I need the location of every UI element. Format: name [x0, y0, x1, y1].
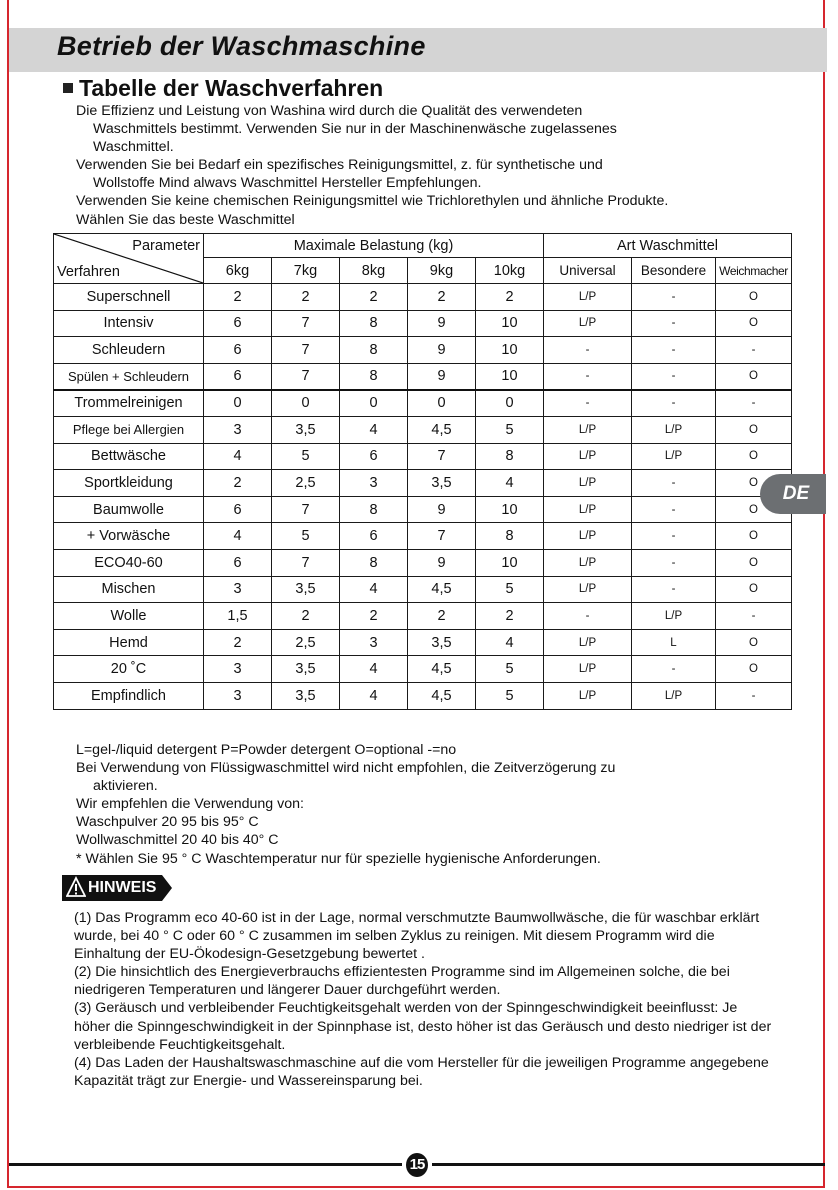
hinweis-item: (4) Das Laden der Haushaltswaschmaschine…	[74, 1054, 774, 1090]
table-row: 20 ˚C33,544,55L/P-O	[54, 656, 792, 683]
hinweis-item: (1) Das Programm eco 40-60 ist in der La…	[74, 909, 774, 963]
program-name: Intensiv	[54, 310, 204, 337]
load-value: 7	[272, 337, 340, 364]
load-value: 3,5	[408, 629, 476, 656]
load-value: 3	[340, 470, 408, 497]
load-value: 4	[476, 629, 544, 656]
program-name: 20 ˚C	[54, 656, 204, 683]
detergent-value: O	[716, 629, 792, 656]
load-value: 8	[340, 496, 408, 523]
load-value: 6	[204, 363, 272, 390]
detergent-column-header: Weichmacher	[716, 258, 792, 284]
load-value: 9	[408, 310, 476, 337]
intro-paragraph: Die Effizienz und Leistung von Washina w…	[76, 102, 776, 156]
detergent-value: -	[632, 363, 716, 390]
load-value: 5	[476, 682, 544, 709]
detergent-value: L/P	[544, 682, 632, 709]
note-paragraph: L=gel-/liquid detergent P=Powder deterge…	[76, 741, 776, 759]
detergent-value: -	[632, 337, 716, 364]
load-value: 8	[340, 310, 408, 337]
load-value: 8	[340, 337, 408, 364]
load-value: 9	[408, 496, 476, 523]
detergent-value: L/P	[632, 603, 716, 630]
table-row: Baumwolle678910L/P-O	[54, 496, 792, 523]
load-column-header: 8kg	[340, 258, 408, 284]
load-value: 7	[272, 363, 340, 390]
program-name: Bettwäsche	[54, 443, 204, 470]
load-value: 2	[408, 284, 476, 311]
table-row: Hemd22,533,54L/PLO	[54, 629, 792, 656]
intro-text: Die Effizienz und Leistung von Washina w…	[76, 102, 776, 229]
detergent-value: L/P	[544, 549, 632, 576]
detergent-value: L	[632, 629, 716, 656]
corner-parameter-label: Parameter	[132, 238, 200, 254]
table-row: ECO40-60678910L/P-O	[54, 549, 792, 576]
detergent-value: O	[716, 443, 792, 470]
load-value: 4,5	[408, 682, 476, 709]
detergent-value: -	[632, 310, 716, 337]
detergent-value: -	[632, 549, 716, 576]
program-name: Hemd	[54, 629, 204, 656]
detergent-value: L/P	[544, 470, 632, 497]
footer-rule-left	[9, 1163, 402, 1166]
page-title: Betrieb der Waschmaschine	[57, 31, 426, 62]
detergent-value: -	[716, 682, 792, 709]
hinweis-item: (2) Die hinsichtlich des Energieverbrauc…	[74, 963, 774, 999]
detergent-value: -	[716, 390, 792, 417]
detergent-value: O	[716, 310, 792, 337]
load-value: 5	[476, 656, 544, 683]
table-row: Empfindlich33,544,55L/PL/P-	[54, 682, 792, 709]
load-value: 3	[204, 682, 272, 709]
load-value: 2	[204, 470, 272, 497]
load-value: 7	[408, 523, 476, 550]
load-value: 9	[408, 337, 476, 364]
detergent-value: -	[632, 496, 716, 523]
load-value: 4	[204, 443, 272, 470]
load-value: 5	[476, 416, 544, 443]
load-value: 5	[272, 523, 340, 550]
detergent-value: L/P	[632, 682, 716, 709]
program-name: Baumwolle	[54, 496, 204, 523]
detergent-value: L/P	[544, 629, 632, 656]
load-value: 2	[272, 603, 340, 630]
program-name: Superschnell	[54, 284, 204, 311]
detergent-value: L/P	[544, 576, 632, 603]
load-value: 5	[476, 576, 544, 603]
detergent-notes: L=gel-/liquid detergent P=Powder deterge…	[76, 741, 776, 868]
detergent-value: L/P	[632, 416, 716, 443]
note-paragraph: * Wählen Sie 95 ° C Waschtemperatur nur …	[76, 850, 776, 868]
load-value: 6	[204, 496, 272, 523]
load-value: 5	[272, 443, 340, 470]
detergent-value: -	[632, 576, 716, 603]
detergent-value: -	[716, 337, 792, 364]
detergent-value: -	[632, 390, 716, 417]
table-row: Superschnell22222L/P-O	[54, 284, 792, 311]
load-value: 3,5	[272, 576, 340, 603]
detergent-value: O	[716, 284, 792, 311]
load-group-header: Maximale Belastung (kg)	[204, 234, 544, 258]
detergent-value: O	[716, 416, 792, 443]
corner-program-label: Verfahren	[57, 264, 120, 280]
load-value: 9	[408, 363, 476, 390]
table-row: Mischen33,544,55L/P-O	[54, 576, 792, 603]
load-value: 3	[204, 656, 272, 683]
load-column-header: 9kg	[408, 258, 476, 284]
load-value: 7	[408, 443, 476, 470]
table-row: Spülen + Schleudern678910--O	[54, 363, 792, 390]
load-value: 7	[272, 549, 340, 576]
load-value: 2	[272, 284, 340, 311]
load-value: 2	[340, 284, 408, 311]
load-value: 10	[476, 337, 544, 364]
load-column-header: 6kg	[204, 258, 272, 284]
load-value: 4	[340, 416, 408, 443]
load-value: 6	[340, 443, 408, 470]
program-name: Trommelreinigen	[54, 390, 204, 417]
detergent-value: O	[716, 656, 792, 683]
detergent-value: -	[632, 284, 716, 311]
intro-paragraph: Verwenden Sie keine chemischen Reinigung…	[76, 192, 776, 210]
detergent-value: O	[716, 523, 792, 550]
table-row: + Vorwäsche45678L/P-O	[54, 523, 792, 550]
load-value: 2,5	[272, 629, 340, 656]
warning-triangle-icon	[66, 875, 86, 899]
table-row: Schleudern678910---	[54, 337, 792, 364]
detergent-value: O	[716, 363, 792, 390]
detergent-value: L/P	[544, 496, 632, 523]
load-value: 4,5	[408, 656, 476, 683]
load-value: 9	[408, 549, 476, 576]
square-bullet-icon	[63, 83, 73, 93]
load-value: 0	[272, 390, 340, 417]
detergent-value: -	[632, 656, 716, 683]
note-paragraph: Bei Verwendung von Flüssigwaschmittel wi…	[76, 759, 776, 795]
detergent-value: O	[716, 549, 792, 576]
load-value: 1,5	[204, 603, 272, 630]
detergent-group-header: Art Waschmittel	[544, 234, 792, 258]
load-value: 6	[204, 337, 272, 364]
hinweis-text: (1) Das Programm eco 40-60 ist in der La…	[74, 909, 774, 1090]
load-value: 8	[476, 443, 544, 470]
load-value: 10	[476, 496, 544, 523]
load-value: 10	[476, 549, 544, 576]
load-value: 6	[204, 549, 272, 576]
note-paragraph: Waschpulver 20 95 bis 95° C	[76, 813, 776, 831]
program-name: Mischen	[54, 576, 204, 603]
load-value: 3,5	[272, 416, 340, 443]
table-row: Pflege bei Allergien33,544,55L/PL/PO	[54, 416, 792, 443]
program-table: Parameter Verfahren Maximale Belastung (…	[53, 233, 792, 710]
table-row: Bettwäsche45678L/PL/PO	[54, 443, 792, 470]
load-value: 7	[272, 310, 340, 337]
table-row: Wolle1,52222-L/P-	[54, 603, 792, 630]
note-paragraph: Wir empfehlen die Verwendung von:	[76, 795, 776, 813]
load-value: 2	[204, 284, 272, 311]
section-title: Tabelle der Waschverfahren	[63, 75, 383, 102]
load-value: 4	[340, 576, 408, 603]
load-value: 10	[476, 363, 544, 390]
load-value: 0	[408, 390, 476, 417]
detergent-value: L/P	[544, 416, 632, 443]
intro-paragraph: Verwenden Sie bei Bedarf ein spezifische…	[76, 156, 776, 192]
detergent-value: -	[716, 603, 792, 630]
detergent-column-header: Universal	[544, 258, 632, 284]
hinweis-badge: HINWEIS	[62, 875, 162, 901]
table-row: Sportkleidung22,533,54L/P-O	[54, 470, 792, 497]
detergent-value: -	[544, 337, 632, 364]
detergent-value: -	[544, 390, 632, 417]
load-value: 8	[340, 363, 408, 390]
hinweis-label: HINWEIS	[88, 879, 156, 896]
program-name: Spülen + Schleudern	[54, 363, 204, 390]
load-value: 8	[340, 549, 408, 576]
load-column-header: 7kg	[272, 258, 340, 284]
intro-paragraph: Wählen Sie das beste Waschmittel	[76, 211, 776, 229]
load-value: 4	[340, 656, 408, 683]
load-value: 2	[204, 629, 272, 656]
load-value: 0	[476, 390, 544, 417]
program-name: Wolle	[54, 603, 204, 630]
language-tab-de[interactable]: DE	[760, 474, 826, 514]
detergent-value: -	[632, 470, 716, 497]
load-value: 7	[272, 496, 340, 523]
detergent-value: L/P	[632, 443, 716, 470]
load-value: 8	[476, 523, 544, 550]
detergent-value: L/P	[544, 284, 632, 311]
program-name: Empfindlich	[54, 682, 204, 709]
detergent-value: L/P	[544, 310, 632, 337]
program-name: ECO40-60	[54, 549, 204, 576]
hinweis-item: (3) Geräusch und verbleibender Feuchtigk…	[74, 999, 774, 1053]
page-number: 15	[406, 1153, 428, 1177]
detergent-value: -	[544, 363, 632, 390]
load-value: 3,5	[408, 470, 476, 497]
detergent-column-header: Besondere	[632, 258, 716, 284]
note-paragraph: Wollwaschmittel 20 40 bis 40° C	[76, 831, 776, 849]
load-value: 2	[476, 284, 544, 311]
detergent-value: -	[544, 603, 632, 630]
load-value: 6	[340, 523, 408, 550]
detergent-value: -	[632, 523, 716, 550]
detergent-value: L/P	[544, 656, 632, 683]
load-column-header: 10kg	[476, 258, 544, 284]
load-value: 2,5	[272, 470, 340, 497]
load-value: 3	[204, 576, 272, 603]
load-value: 4,5	[408, 416, 476, 443]
load-value: 0	[340, 390, 408, 417]
detergent-value: L/P	[544, 443, 632, 470]
load-value: 3,5	[272, 656, 340, 683]
load-value: 6	[204, 310, 272, 337]
load-value: 3	[340, 629, 408, 656]
load-value: 4	[476, 470, 544, 497]
table-corner-cell: Parameter Verfahren	[54, 234, 204, 284]
load-value: 3,5	[272, 682, 340, 709]
detergent-value: O	[716, 576, 792, 603]
load-value: 4	[340, 682, 408, 709]
footer-rule-right	[432, 1163, 825, 1166]
program-name: + Vorwäsche	[54, 523, 204, 550]
load-value: 4,5	[408, 576, 476, 603]
detergent-value: L/P	[544, 523, 632, 550]
load-value: 2	[340, 603, 408, 630]
load-value: 2	[476, 603, 544, 630]
load-value: 3	[204, 416, 272, 443]
table-row: Trommelreinigen00000---	[54, 390, 792, 417]
program-name: Sportkleidung	[54, 470, 204, 497]
load-value: 10	[476, 310, 544, 337]
load-value: 2	[408, 603, 476, 630]
table-row: Intensiv678910L/P-O	[54, 310, 792, 337]
program-name: Pflege bei Allergien	[54, 416, 204, 443]
program-name: Schleudern	[54, 337, 204, 364]
load-value: 0	[204, 390, 272, 417]
load-value: 4	[204, 523, 272, 550]
